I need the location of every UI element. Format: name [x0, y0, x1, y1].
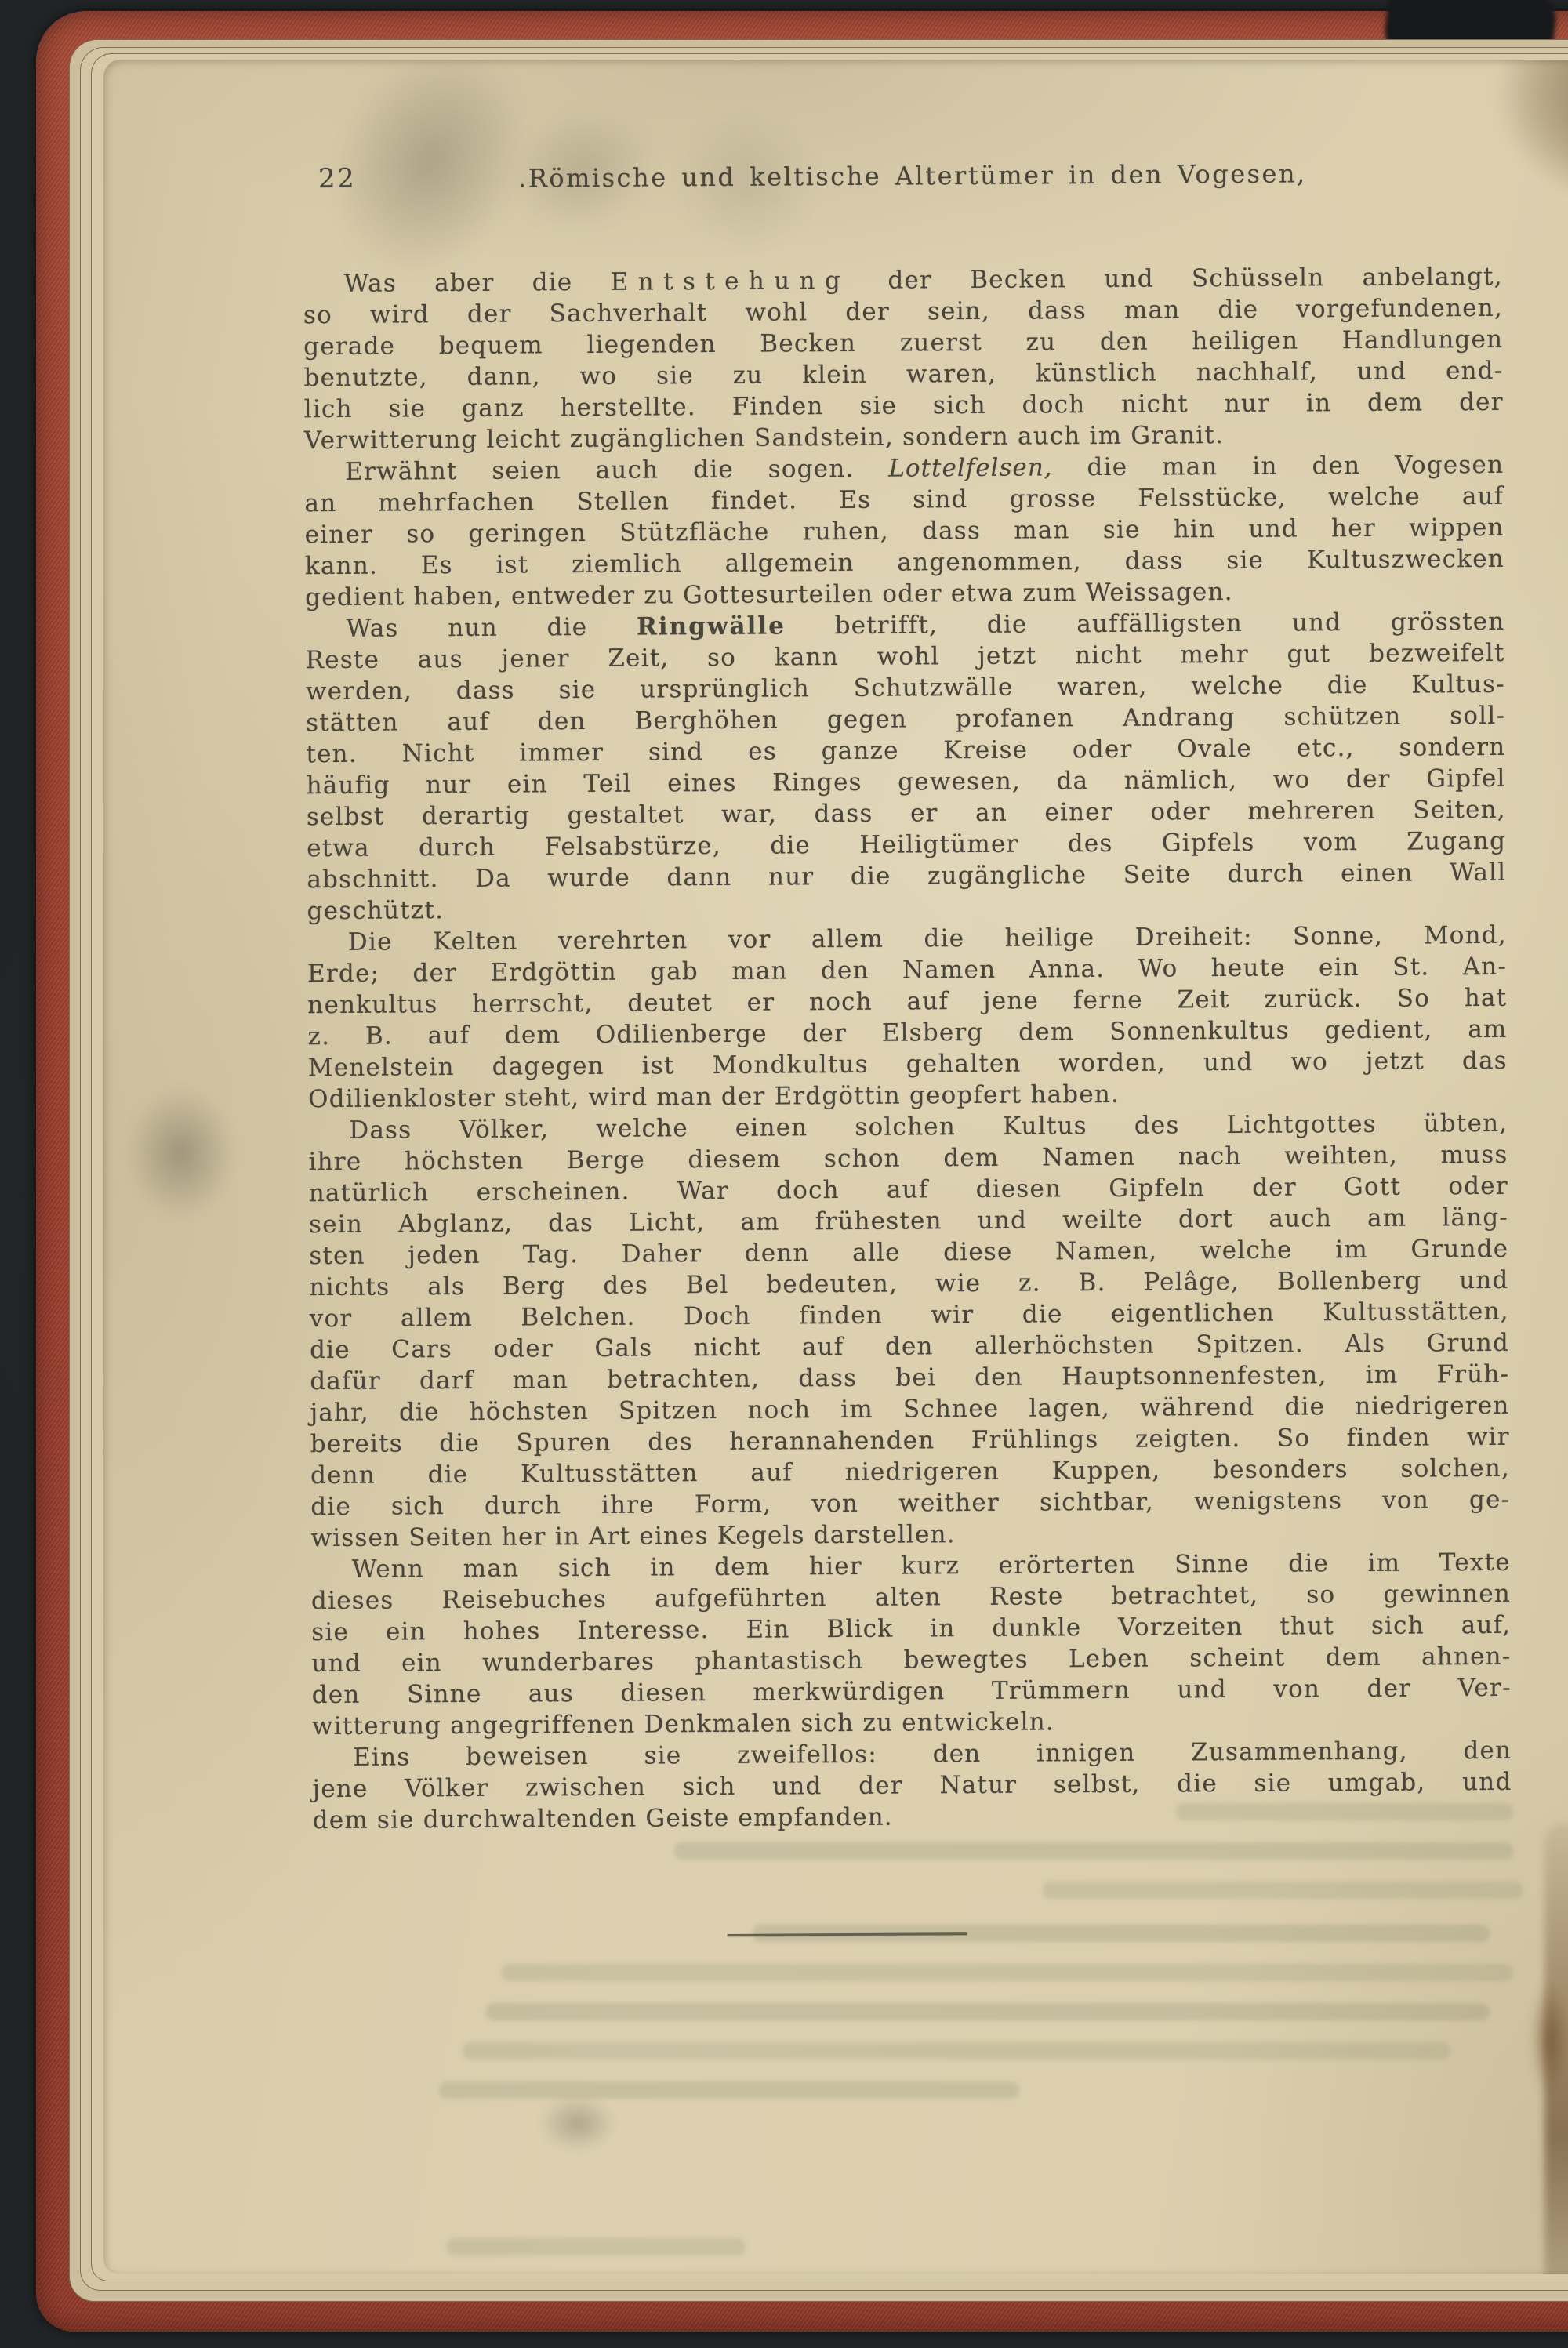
paragraph: Wenn man sich in dem hier kurz erörterte… [311, 1547, 1512, 1742]
text-segment: Erwähnt seien auch die sogen. [345, 455, 888, 486]
text-segment: gedient haben, entweder zu Gottesurteile… [305, 578, 1233, 611]
text-segment: dem sie durchwaltenden Geiste empfanden. [313, 1803, 893, 1835]
book-page: 22 .Römische und keltische Altertümer in… [103, 60, 1568, 2274]
text-segment: Verwitterung leicht zugänglichen Sandste… [304, 421, 1224, 455]
section-divider [728, 1932, 967, 1936]
text-segment: kann. Es ist ziemlich allgemein angenomm… [305, 545, 1504, 580]
text-segment: Was nun die [346, 613, 637, 643]
text-segment: geschützt. [307, 896, 445, 925]
page-content: 22 .Römische und keltische Altertümer in… [103, 60, 1568, 2274]
text-segment: Dass Völker, welche einen solchen Kultus… [349, 1109, 1508, 1145]
text-segment: den Sinne aus diesen merkwürdigen Trümme… [312, 1674, 1512, 1709]
text-segment: betrifft, die auffälligsten und grössten [786, 608, 1505, 641]
text-segment: Was aber die [344, 268, 611, 298]
text-segment: die man in den Vogesen [1052, 451, 1504, 482]
text-segment: Menelstein dagegen ist Mondkultus gehalt… [308, 1047, 1508, 1082]
text-segment: die sich durch ihre Form, von weither si… [310, 1486, 1510, 1521]
paragraph: Dass Völker, welche einen solchen Kultus… [308, 1108, 1510, 1554]
text-segment: Odilienkloster steht, wird man der Erdgö… [308, 1080, 1120, 1113]
body-text: Was aber die Entstehung der Becken und S… [303, 261, 1512, 1836]
text-segment: abschnitt. Da wurde dann nur die zugängl… [307, 858, 1506, 894]
text-segment: lich sie ganz herstellte. Finden sie sic… [304, 388, 1504, 423]
paragraph: Was aber die Entstehung der Becken und S… [303, 261, 1504, 456]
text-segment: jene Völker zwischen sich und der Natur … [312, 1768, 1512, 1803]
text-line: dem sie durchwaltenden Geiste empfanden. [313, 1798, 1512, 1836]
text-segment: Wenn man sich in dem hier kurz erörterte… [352, 1548, 1511, 1584]
text-segment: Eins beweisen sie zweifellos: den innige… [353, 1737, 1512, 1772]
text-segment: Die Kelten verehrten vor allem die heili… [348, 921, 1507, 956]
paragraph: Eins beweisen sie zweifellos: den innige… [312, 1735, 1512, 1836]
text-segment-italic: Lottelfelsen, [888, 453, 1052, 482]
text-segment-bold: Ringwälle [637, 611, 786, 641]
scan-background: { "colors": { "background": "#212426", "… [0, 0, 1568, 2348]
paragraph: Erwähnt seien auch die sogen. Lottelfels… [304, 449, 1504, 613]
text-segment-spaced: Entstehung [611, 267, 851, 296]
paragraph: Die Kelten verehrten vor allem die heili… [307, 920, 1508, 1115]
text-segment: der Becken und Schüsseln anbelangt, [850, 263, 1503, 295]
running-header-title: .Römische und keltische Altertümer in de… [303, 158, 1502, 194]
page-header: 22 .Römische und keltische Altertümer in… [303, 156, 1502, 199]
text-segment: witterung angegriffenen Denkmalen sich z… [312, 1707, 1054, 1740]
text-segment: wissen Seiten her in Art eines Kegels da… [310, 1520, 956, 1552]
paragraph: Was nun die Ringwälle betrifft, die auff… [305, 606, 1506, 927]
